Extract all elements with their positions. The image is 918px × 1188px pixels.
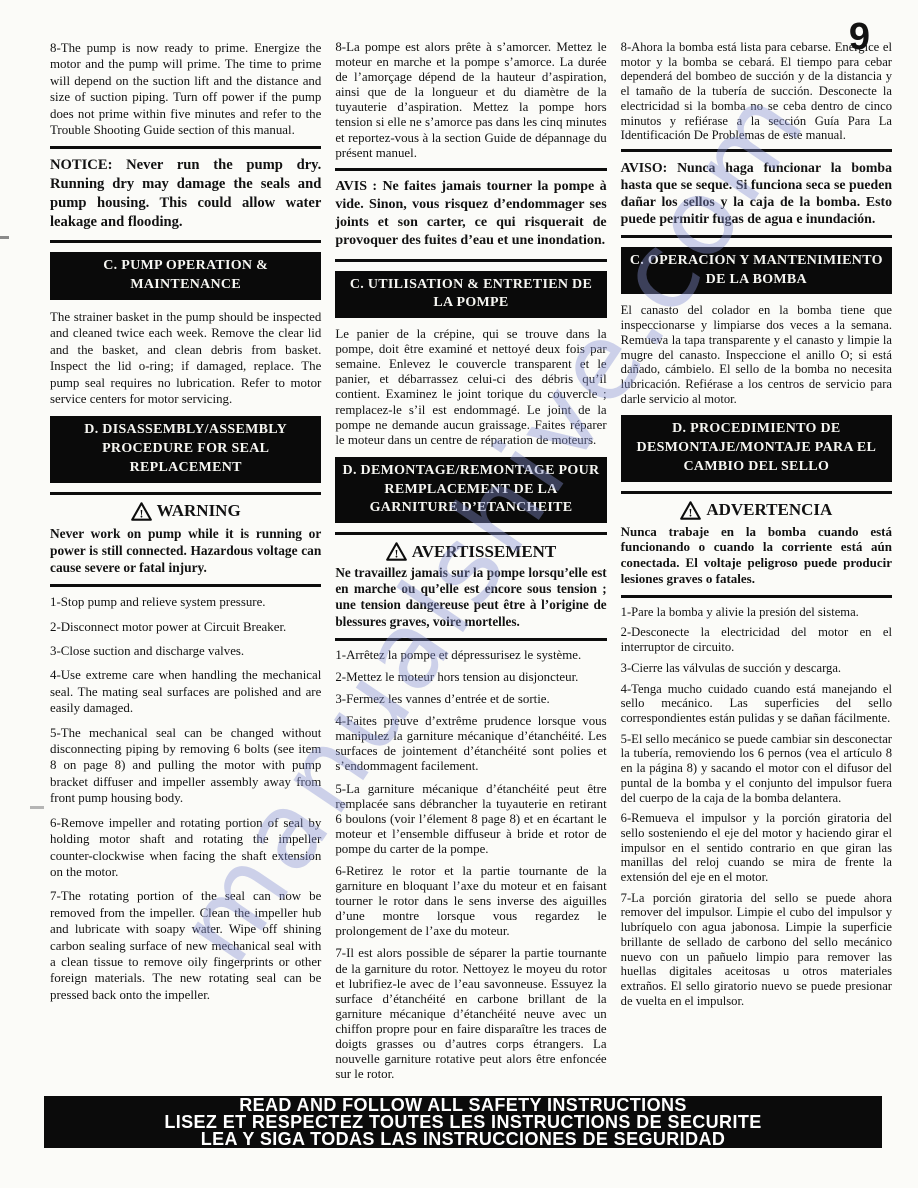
warning-triangle-icon: ! bbox=[680, 501, 701, 520]
svg-text:!: ! bbox=[689, 507, 693, 519]
scan-artifact bbox=[0, 236, 9, 239]
warning-triangle-icon: ! bbox=[131, 502, 152, 521]
warning-label: ADVERTENCIA bbox=[706, 503, 832, 518]
step-item: 6-Remove impeller and rotating portion o… bbox=[50, 815, 321, 881]
divider bbox=[50, 240, 321, 243]
section-c-body: Le panier de la crépine, qui se trouve d… bbox=[335, 327, 606, 448]
warning-label: WARNING bbox=[157, 503, 241, 519]
column-french: 8-La pompe est alors prête à s’amorcer. … bbox=[335, 40, 606, 1089]
step-item: 1-Arrêtez la pompe et dépressurisez le s… bbox=[335, 648, 606, 663]
step-item: 4-Faites preuve d’extrême prudence lorsq… bbox=[335, 714, 606, 774]
svg-text:!: ! bbox=[139, 508, 143, 520]
svg-text:!: ! bbox=[394, 549, 398, 561]
step-item: 7-Il est alors possible de séparer la pa… bbox=[335, 946, 606, 1082]
divider bbox=[621, 235, 892, 238]
notice-paragraph: AVISO: Nunca haga funcionar la bomba has… bbox=[621, 159, 892, 227]
warning-label: AVERTISSEMENT bbox=[412, 544, 557, 559]
step-item: 5-La garniture mécanique d’étanchéité pe… bbox=[335, 782, 606, 857]
step-item: 3-Close suction and discharge valves. bbox=[50, 643, 321, 659]
warning-body: Nunca trabaje en la bomba cuando está fu… bbox=[621, 524, 892, 587]
safety-banner-line-es: LEA Y SIGA TODAS LAS INSTRUCCIONES DE SE… bbox=[201, 1131, 726, 1148]
section-c-heading: C. UTILISATION & ENTRETIEN DE LA POMPE bbox=[335, 271, 606, 319]
safety-banner-line-fr: LISEZ ET RESPECTEZ TOUTES LES INSTRUCTIO… bbox=[164, 1114, 761, 1131]
step-item: 4-Use extreme care when handling the mec… bbox=[50, 667, 321, 716]
section-c-heading: C. PUMP OPERATION & MAINTENANCE bbox=[50, 252, 321, 300]
safety-banner: READ AND FOLLOW ALL SAFETY INSTRUCTIONS … bbox=[44, 1096, 882, 1148]
divider bbox=[335, 168, 606, 171]
section-c-heading: C. OPERACION Y MANTENIMIENTO DE LA BOMBA bbox=[621, 247, 892, 295]
three-column-layout: 8-The pump is now ready to prime. Energi… bbox=[50, 40, 892, 1089]
warning-heading: ! AVERTISSEMENT bbox=[335, 542, 606, 561]
manual-page: 9 8-The pump is now ready to prime. Ener… bbox=[0, 0, 918, 1188]
step-item: 2-Desconecte la electricidad del motor e… bbox=[621, 625, 892, 654]
divider bbox=[335, 259, 606, 262]
intro-paragraph: 8-Ahora la bomba está lista para cebarse… bbox=[621, 40, 892, 143]
step-item: 5-The mechanical seal can be changed wit… bbox=[50, 725, 321, 807]
scan-artifact bbox=[30, 806, 44, 809]
step-item: 5-El sello mecánico se puede cambiar sin… bbox=[621, 732, 892, 806]
step-item: 3-Fermez les vannes d’entrée et de sorti… bbox=[335, 692, 606, 707]
divider bbox=[50, 146, 321, 149]
divider bbox=[335, 638, 606, 641]
step-item: 1-Pare la bomba y alivie la presión del … bbox=[621, 605, 892, 620]
column-spanish: 8-Ahora la bomba está lista para cebarse… bbox=[621, 40, 892, 1089]
intro-paragraph: 8-The pump is now ready to prime. Energi… bbox=[50, 40, 321, 138]
column-english: 8-The pump is now ready to prime. Energi… bbox=[50, 40, 321, 1089]
warning-triangle-icon: ! bbox=[386, 542, 407, 561]
step-item: 1-Stop pump and relieve system pressure. bbox=[50, 594, 321, 610]
intro-paragraph: 8-La pompe est alors prête à s’amorcer. … bbox=[335, 40, 606, 161]
divider bbox=[50, 492, 321, 495]
section-d-heading: D. PROCEDIMIENTO DE DESMONTAJE/MONTAJE P… bbox=[621, 415, 892, 481]
divider bbox=[335, 532, 606, 535]
divider bbox=[621, 491, 892, 494]
notice-paragraph: NOTICE: Never run the pump dry. Running … bbox=[50, 156, 321, 232]
warning-body: Ne travaillez jamais sur la pompe lorsqu… bbox=[335, 565, 606, 630]
step-item: 6-Remueva el impulsor y la porción girat… bbox=[621, 811, 892, 885]
warning-heading: ! ADVERTENCIA bbox=[621, 501, 892, 520]
step-item: 7-La porción giratoria del sello se pued… bbox=[621, 891, 892, 1009]
safety-banner-line-en: READ AND FOLLOW ALL SAFETY INSTRUCTIONS bbox=[239, 1097, 687, 1114]
divider bbox=[621, 149, 892, 152]
section-c-body: El canasto del colador en la bomba tiene… bbox=[621, 303, 892, 406]
step-item: 6-Retirez le rotor et la partie tournant… bbox=[335, 864, 606, 939]
step-item: 4-Tenga mucho cuidado cuando está maneja… bbox=[621, 682, 892, 726]
notice-paragraph: AVIS : Ne faites jamais tourner la pompe… bbox=[335, 178, 606, 251]
divider bbox=[50, 584, 321, 587]
warning-heading: ! WARNING bbox=[50, 502, 321, 521]
section-c-body: The strainer basket in the pump should b… bbox=[50, 309, 321, 407]
section-d-heading: D. DISASSEMBLY/ASSEMBLY PROCEDURE FOR SE… bbox=[50, 416, 321, 482]
section-d-heading: D. DEMONTAGE/REMONTAGE POUR REMPLACEMENT… bbox=[335, 457, 606, 523]
step-item: 2-Disconnect motor power at Circuit Brea… bbox=[50, 619, 321, 635]
step-item: 7-The rotating portion of the seal can n… bbox=[50, 888, 321, 1003]
warning-body: Never work on pump while it is running o… bbox=[50, 525, 321, 577]
divider bbox=[621, 595, 892, 598]
step-item: 3-Cierre las válvulas de succión y desca… bbox=[621, 661, 892, 676]
step-item: 2-Mettez le moteur hors tension au disjo… bbox=[335, 670, 606, 685]
